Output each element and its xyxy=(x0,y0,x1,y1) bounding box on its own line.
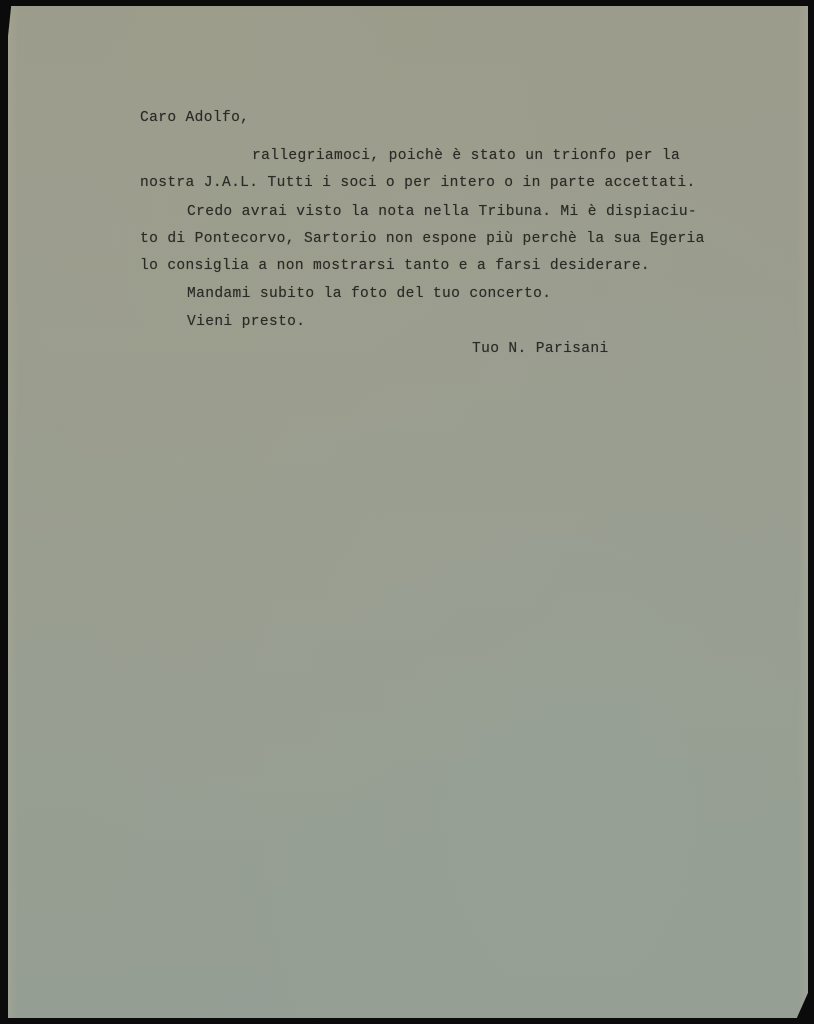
salutation: Caro Adolfo, xyxy=(140,110,249,126)
letter-body: Caro Adolfo, rallegriamoci, poichè è sta… xyxy=(0,0,814,1024)
paragraph-2-line-1: Credo avrai visto la nota nella Tribuna.… xyxy=(187,204,697,220)
paragraph-4-line-1: Vieni presto. xyxy=(187,314,305,330)
paragraph-1-line-2: nostra J.A.L. Tutti i soci o per intero … xyxy=(140,175,696,191)
signature: Tuo N. Parisani xyxy=(472,341,609,357)
paragraph-2-line-3: lo consiglia a non mostrarsi tanto e a f… xyxy=(140,258,650,274)
paragraph-1-line-1: rallegriamoci, poichè è stato un trionfo… xyxy=(252,148,680,164)
scan-background: Caro Adolfo, rallegriamoci, poichè è sta… xyxy=(0,0,814,1024)
paragraph-3-line-1: Mandami subito la foto del tuo concerto. xyxy=(187,286,551,302)
paragraph-2-line-2: to di Pontecorvo, Sartorio non espone pi… xyxy=(140,231,705,247)
